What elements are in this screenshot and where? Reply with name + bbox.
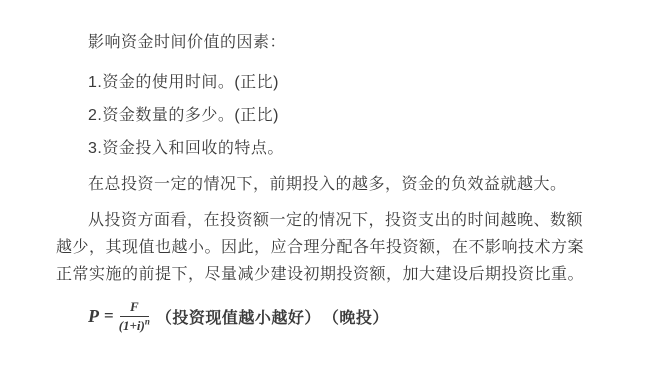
slide-page: 影响资金时间价值的因素： 1.资金的使用时间。(正比) 2.资金数量的多少。(正… [0, 0, 660, 391]
formula-numerator: F [120, 299, 149, 317]
heading: 影响资金时间价值的因素： [88, 33, 286, 53]
formula-denominator-base: (1+i) [119, 318, 145, 333]
paragraph-2-line-2: 越少，其现值也越小。因此，应合理分配各年投资额，在不影响技术方案 [56, 238, 584, 258]
paragraph-2-line-1: 从投资方面看，在投资额一定的情况下，投资支出的时间越晚、数额 [88, 211, 583, 231]
paragraph-2-line-3: 正常实施的前提下，尽量减少建设初期投资额，加大建设后期投资比重。 [56, 265, 584, 285]
paragraph-1: 在总投资一定的情况下，前期投入的越多，资金的负效益就越大。 [88, 175, 567, 195]
formula-note-1: （投资现值越小越好） [156, 305, 321, 328]
formula-denominator: (1+i)n [119, 317, 150, 334]
formula-note-2: （晚投） [323, 305, 389, 328]
formula-lhs: P [88, 306, 99, 327]
formula-equals: = [104, 306, 114, 326]
formula-fraction: F (1+i)n [119, 299, 150, 333]
list-item-1: 1.资金的使用时间。(正比) [88, 73, 279, 93]
list-item-3: 3.资金投入和回收的特点。 [88, 139, 284, 159]
formula: P = F (1+i)n （投资现值越小越好） （晚投） [88, 299, 389, 333]
list-item-2: 2.资金数量的多少。(正比) [88, 106, 279, 126]
formula-denominator-exponent: n [145, 316, 150, 326]
